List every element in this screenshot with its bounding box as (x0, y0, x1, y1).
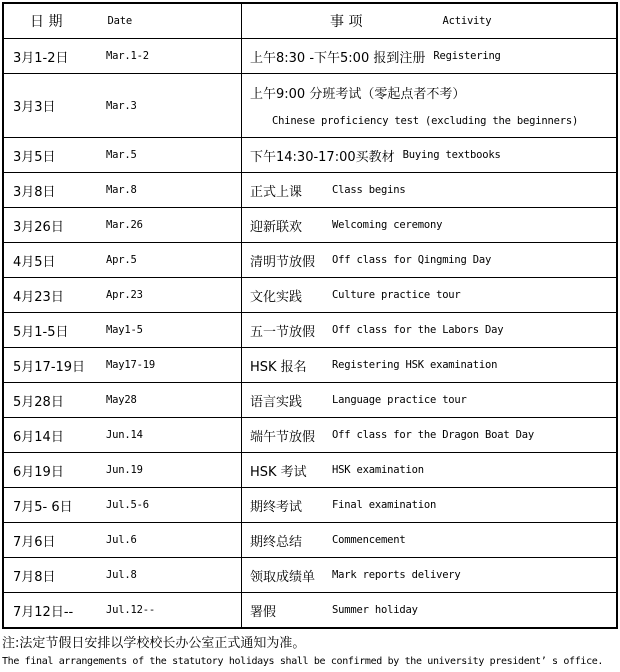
date-text-en: Jun.14 (106, 429, 143, 441)
date-text-cn: 5月1-5日 (13, 321, 106, 340)
activity-cell: HSK 考试HSK examination (242, 453, 616, 487)
date-text-cn: 7月6日 (13, 531, 106, 550)
activity-text-cn: 文化实践 (250, 286, 324, 305)
date-cell: 5月28日May28 (4, 383, 242, 417)
activity-text-en: HSK examination (332, 464, 424, 476)
date-text-cn: 4月23日 (13, 286, 106, 305)
date-cell: 3月1-2日Mar.1-2 (4, 39, 242, 73)
footnote-en: The final arrangements of the statutory … (2, 654, 618, 670)
table-row: 7月8日Jul.8领取成绩单Mark reports delivery (4, 557, 616, 592)
date-text-cn: 3月26日 (13, 216, 106, 235)
table-row: 6月19日Jun.19HSK 考试HSK examination (4, 452, 616, 487)
table-row: 3月26日Mar.26迎新联欢Welcoming ceremony (4, 207, 616, 242)
date-text-en: May28 (106, 394, 137, 406)
activity-cell: 语言实践Language practice tour (242, 383, 616, 417)
table-row: 7月12日--Jul.12--署假Summer holiday (4, 592, 616, 627)
activity-text-en: Language practice tour (332, 394, 467, 406)
date-text-cn: 7月12日-- (13, 601, 106, 620)
date-cell: 3月8日Mar.8 (4, 173, 242, 207)
date-cell: 7月8日Jul.8 (4, 558, 242, 592)
date-text-cn: 4月5日 (13, 251, 106, 270)
date-cell: 7月12日--Jul.12-- (4, 593, 242, 627)
activity-text-cn: 五一节放假 (250, 321, 324, 340)
activity-text-en: Off class for the Dragon Boat Day (332, 429, 534, 441)
activity-text-cn: 期终考试 (250, 496, 324, 515)
schedule-table: 日 期 Date 事 项 Activity 3月1-2日Mar.1-2上午8:3… (2, 2, 618, 629)
date-text-en: Jul.6 (106, 534, 137, 546)
activity-text-cn: 迎新联欢 (250, 216, 324, 235)
date-cell: 3月26日Mar.26 (4, 208, 242, 242)
table-row: 3月1-2日Mar.1-2上午8:30 -下午5:00 报到注册Register… (4, 38, 616, 73)
date-text-en: Apr.23 (106, 289, 143, 301)
date-cell: 4月23日Apr.23 (4, 278, 242, 312)
table-row: 3月8日Mar.8正式上课Class begins (4, 172, 616, 207)
activity-text-en: Chinese proficiency test (excluding the … (272, 115, 578, 127)
date-cell: 7月6日Jul.6 (4, 523, 242, 557)
activity-text-cn: HSK 考试 (250, 461, 324, 480)
footnotes: 注:法定节假日安排以学校校长办公室正式通知为准。 The final arran… (2, 635, 618, 670)
date-cell: 6月14日Jun.14 (4, 418, 242, 452)
table-row: 5月17-19日May17-19HSK 报名Registering HSK ex… (4, 347, 616, 382)
activity-line-cn: 上午9:00 分班考试（零起点者不考） (250, 83, 465, 102)
table-header-row: 日 期 Date 事 项 Activity (4, 4, 616, 38)
activity-text-en: Summer holiday (332, 604, 418, 616)
activity-text-en: Mark reports delivery (332, 569, 461, 581)
activity-cell: 期终考试Final examination (242, 488, 616, 522)
header-date-label-cn: 日 期 (30, 11, 62, 31)
date-text-en: Mar.3 (106, 100, 137, 112)
date-text-cn: 3月1-2日 (13, 47, 106, 66)
activity-text-cn: 领取成绩单 (250, 566, 324, 585)
activity-text-cn: 上午8:30 -下午5:00 报到注册 (250, 47, 425, 66)
date-text-cn: 5月17-19日 (13, 356, 106, 375)
activity-text-cn: 期终总结 (250, 531, 324, 550)
header-activity-cell: 事 项 Activity (242, 4, 616, 38)
table-row: 6月14日Jun.14端午节放假Off class for the Dragon… (4, 417, 616, 452)
date-text-en: Mar.5 (106, 149, 137, 161)
date-text-cn: 6月19日 (13, 461, 106, 480)
activity-text-en: Registering (433, 50, 500, 62)
date-text-cn: 3月3日 (13, 96, 106, 115)
activity-text-cn: 正式上课 (250, 181, 324, 200)
header-date-label-en: Date (107, 15, 132, 27)
date-text-en: Jun.19 (106, 464, 143, 476)
activity-text-en: Buying textbooks (403, 149, 501, 161)
activity-text-en: Commencement (332, 534, 405, 546)
activity-text-cn: 上午9:00 分班考试（零起点者不考） (250, 87, 465, 102)
date-text-en: May1-5 (106, 324, 143, 336)
date-cell: 5月17-19日May17-19 (4, 348, 242, 382)
activity-text-cn: 下午14:30-17:00买教材 (250, 146, 395, 165)
date-text-cn: 3月5日 (13, 146, 106, 165)
table-row: 3月3日Mar.3上午9:00 分班考试（零起点者不考）Chinese prof… (4, 73, 616, 137)
date-cell: 4月5日Apr.5 (4, 243, 242, 277)
date-cell: 5月1-5日May1-5 (4, 313, 242, 347)
table-row: 5月28日May28语言实践Language practice tour (4, 382, 616, 417)
table-row: 7月5- 6日Jul.5-6期终考试Final examination (4, 487, 616, 522)
activity-cell: 上午8:30 -下午5:00 报到注册Registering (242, 39, 616, 73)
activity-text-en: Welcoming ceremony (332, 219, 442, 231)
activity-text-en: Final examination (332, 499, 436, 511)
activity-cell: 五一节放假Off class for the Labors Day (242, 313, 616, 347)
date-cell: 6月19日Jun.19 (4, 453, 242, 487)
activity-text-cn: 署假 (250, 601, 324, 620)
table-row: 5月1-5日May1-5五一节放假Off class for the Labor… (4, 312, 616, 347)
activity-cell: 清明节放假Off class for Qingming Day (242, 243, 616, 277)
activity-text-cn: HSK 报名 (250, 356, 324, 375)
activity-text-en: Culture practice tour (332, 289, 461, 301)
date-text-cn: 5月28日 (13, 391, 106, 410)
activity-text-cn: 语言实践 (250, 391, 324, 410)
date-cell: 3月5日Mar.5 (4, 138, 242, 172)
date-text-en: Jul.5-6 (106, 499, 149, 511)
activity-text-en: Off class for Qingming Day (332, 254, 491, 266)
activity-line-en: Chinese proficiency test (excluding the … (250, 109, 578, 128)
activity-text-cn: 端午节放假 (250, 426, 324, 445)
activity-cell: 文化实践Culture practice tour (242, 278, 616, 312)
date-text-en: Apr.5 (106, 254, 137, 266)
table-body: 3月1-2日Mar.1-2上午8:30 -下午5:00 报到注册Register… (4, 38, 616, 627)
activity-cell: 迎新联欢Welcoming ceremony (242, 208, 616, 242)
header-activity-label-en: Activity (442, 15, 491, 27)
activity-text-en: Off class for the Labors Day (332, 324, 503, 336)
activity-cell: 领取成绩单Mark reports delivery (242, 558, 616, 592)
table-row: 3月5日Mar.5下午14:30-17:00买教材Buying textbook… (4, 137, 616, 172)
date-cell: 7月5- 6日Jul.5-6 (4, 488, 242, 522)
activity-text-en: Registering HSK examination (332, 359, 497, 371)
table-row: 4月23日Apr.23文化实践Culture practice tour (4, 277, 616, 312)
header-activity-label-cn: 事 项 (330, 11, 362, 31)
date-text-en: Mar.8 (106, 184, 137, 196)
date-text-cn: 7月5- 6日 (13, 496, 106, 515)
date-text-en: Mar.26 (106, 219, 143, 231)
footnote-cn: 注:法定节假日安排以学校校长办公室正式通知为准。 (2, 635, 618, 652)
date-text-en: Mar.1-2 (106, 50, 149, 62)
date-text-en: May17-19 (106, 359, 155, 371)
header-date-cell: 日 期 Date (4, 4, 242, 38)
date-cell: 3月3日Mar.3 (4, 74, 242, 137)
date-text-cn: 6月14日 (13, 426, 106, 445)
activity-cell: 署假Summer holiday (242, 593, 616, 627)
activity-cell: 端午节放假Off class for the Dragon Boat Day (242, 418, 616, 452)
table-row: 4月5日Apr.5清明节放假Off class for Qingming Day (4, 242, 616, 277)
date-text-en: Jul.12-- (106, 604, 155, 616)
activity-text-en: Class begins (332, 184, 405, 196)
table-row: 7月6日Jul.6期终总结Commencement (4, 522, 616, 557)
activity-cell: HSK 报名Registering HSK examination (242, 348, 616, 382)
activity-text-cn: 清明节放假 (250, 251, 324, 270)
date-text-en: Jul.8 (106, 569, 137, 581)
date-text-cn: 7月8日 (13, 566, 106, 585)
activity-cell: 正式上课Class begins (242, 173, 616, 207)
activity-cell: 期终总结Commencement (242, 523, 616, 557)
date-text-cn: 3月8日 (13, 181, 106, 200)
activity-cell: 下午14:30-17:00买教材Buying textbooks (242, 138, 616, 172)
activity-cell: 上午9:00 分班考试（零起点者不考）Chinese proficiency t… (242, 74, 616, 137)
